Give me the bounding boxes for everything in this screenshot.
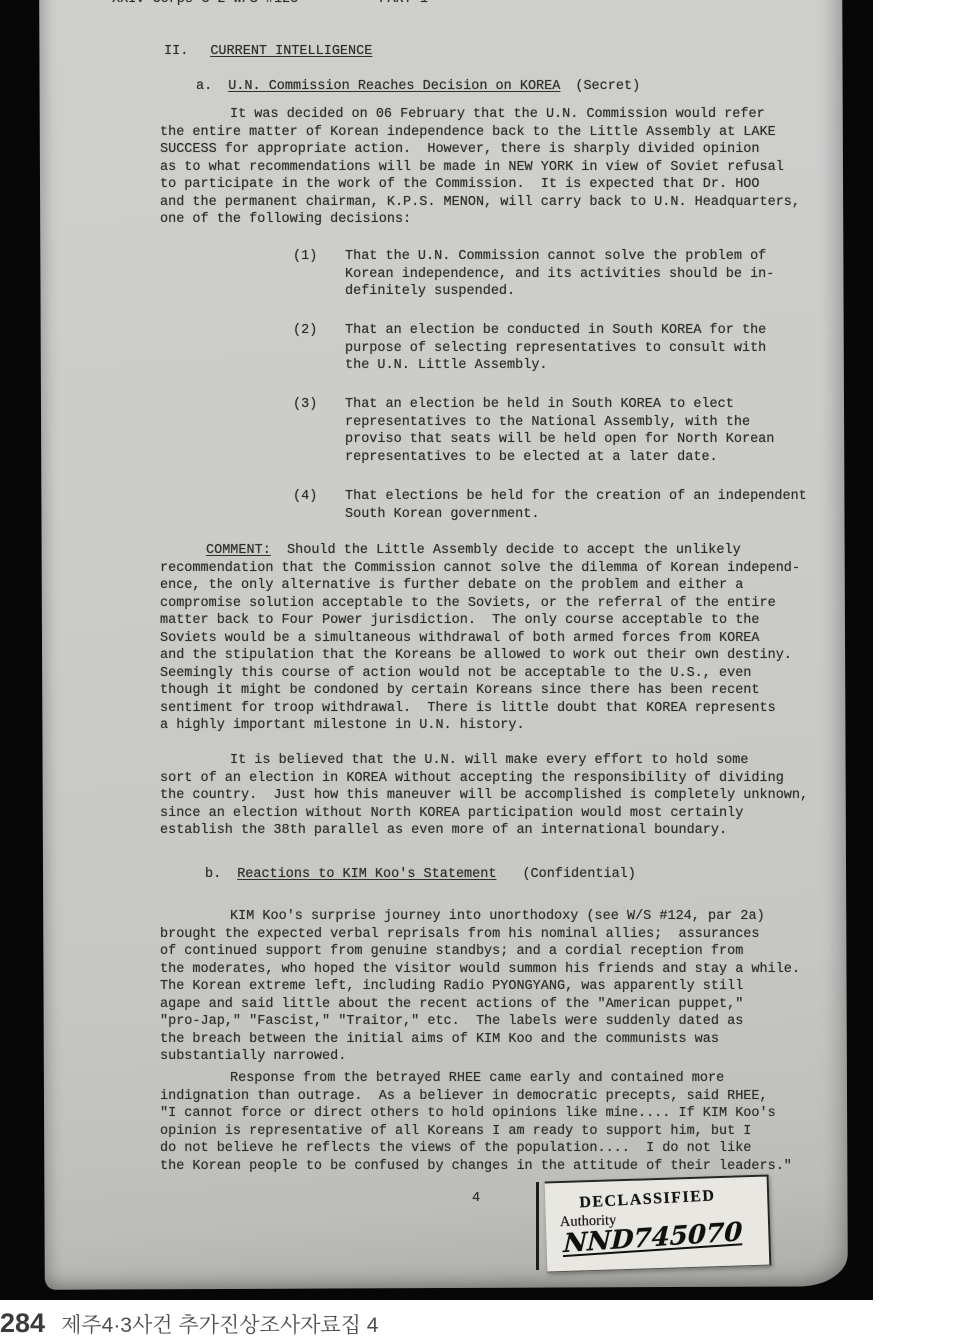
book-caption: 284제주4·3사건 추가진상조사자료집 4 [0, 1308, 976, 1336]
paragraph-b1: KIM Koo's surprise journey into unorthod… [160, 908, 800, 1066]
stamp-left-bar [536, 1182, 539, 1270]
decision-item-3: (3) That an election be held in South KO… [293, 396, 774, 466]
declassified-stamp: DECLASSIFIED AuthorityNND745070 [536, 1176, 786, 1276]
stamp-box: DECLASSIFIED AuthorityNND745070 [545, 1175, 772, 1273]
decision-item-4: (4) That elections be held for the creat… [293, 488, 807, 523]
comment-label: COMMENT: [206, 543, 271, 558]
decision-3-text: That an election be held in South KOREA … [345, 396, 774, 466]
running-header: XXIV Corps G-2 W/S #125 PART 1 [112, 0, 428, 9]
section-number: II. [164, 44, 188, 59]
paragraph-a2: It is believed that the U.N. will make e… [160, 752, 808, 840]
stamp-authority-number: NND745070 [563, 1222, 743, 1257]
decision-3-number: (3) [293, 396, 317, 414]
decision-4-text: That elections be held for the creation … [345, 488, 807, 523]
subsection-a-classification: (Secret) [575, 79, 640, 94]
subsection-a-heading: a.U.N. Commission Reaches Decision on KO… [196, 78, 640, 96]
decision-item-1: (1) That the U.N. Commission cannot solv… [293, 248, 774, 301]
book-caption-title: 제주4·3사건 추가진상조사자료집 4 [61, 1314, 378, 1336]
decision-4-number: (4) [293, 488, 317, 506]
subsection-b-title: Reactions to KIM Koo's Statement [237, 867, 496, 882]
subsection-a-title: U.N. Commission Reaches Decision on KORE… [228, 79, 560, 94]
section-heading: II.CURRENT INTELLIGENCE [164, 43, 372, 61]
subsection-b-letter: b. [205, 867, 221, 882]
decision-2-text: That an election be conducted in South K… [345, 322, 766, 375]
decision-item-2: (2) That an election be conducted in Sou… [293, 322, 766, 375]
section-title: CURRENT INTELLIGENCE [210, 44, 372, 59]
comment-text: Should the Little Assembly decide to acc… [160, 543, 800, 733]
stamp-authority-line: AuthorityNND745070 [560, 1207, 769, 1255]
book-page: XXIV Corps G-2 W/S #125 PART 1 II.CURREN… [0, 0, 976, 1336]
paragraph-a1: It was decided on 06 February that the U… [160, 106, 800, 229]
subsection-a-letter: a. [196, 79, 212, 94]
document-scan: XXIV Corps G-2 W/S #125 PART 1 II.CURREN… [0, 0, 873, 1300]
book-page-number: 284 [0, 1308, 45, 1336]
subsection-b-heading: b.Reactions to KIM Koo's Statement(Confi… [205, 866, 636, 884]
comment-paragraph: COMMENT: Should the Little Assembly deci… [160, 542, 800, 735]
document-text-layer: XXIV Corps G-2 W/S #125 PART 1 II.CURREN… [0, 0, 873, 1300]
paragraph-b2: Response from the betrayed RHEE came ear… [160, 1070, 792, 1175]
page-number: 4 [472, 1190, 480, 1208]
decision-1-number: (1) [293, 248, 317, 266]
decision-2-number: (2) [293, 322, 317, 340]
subsection-b-classification: (Confidential) [522, 867, 635, 882]
decision-1-text: That the U.N. Commission cannot solve th… [345, 248, 774, 301]
